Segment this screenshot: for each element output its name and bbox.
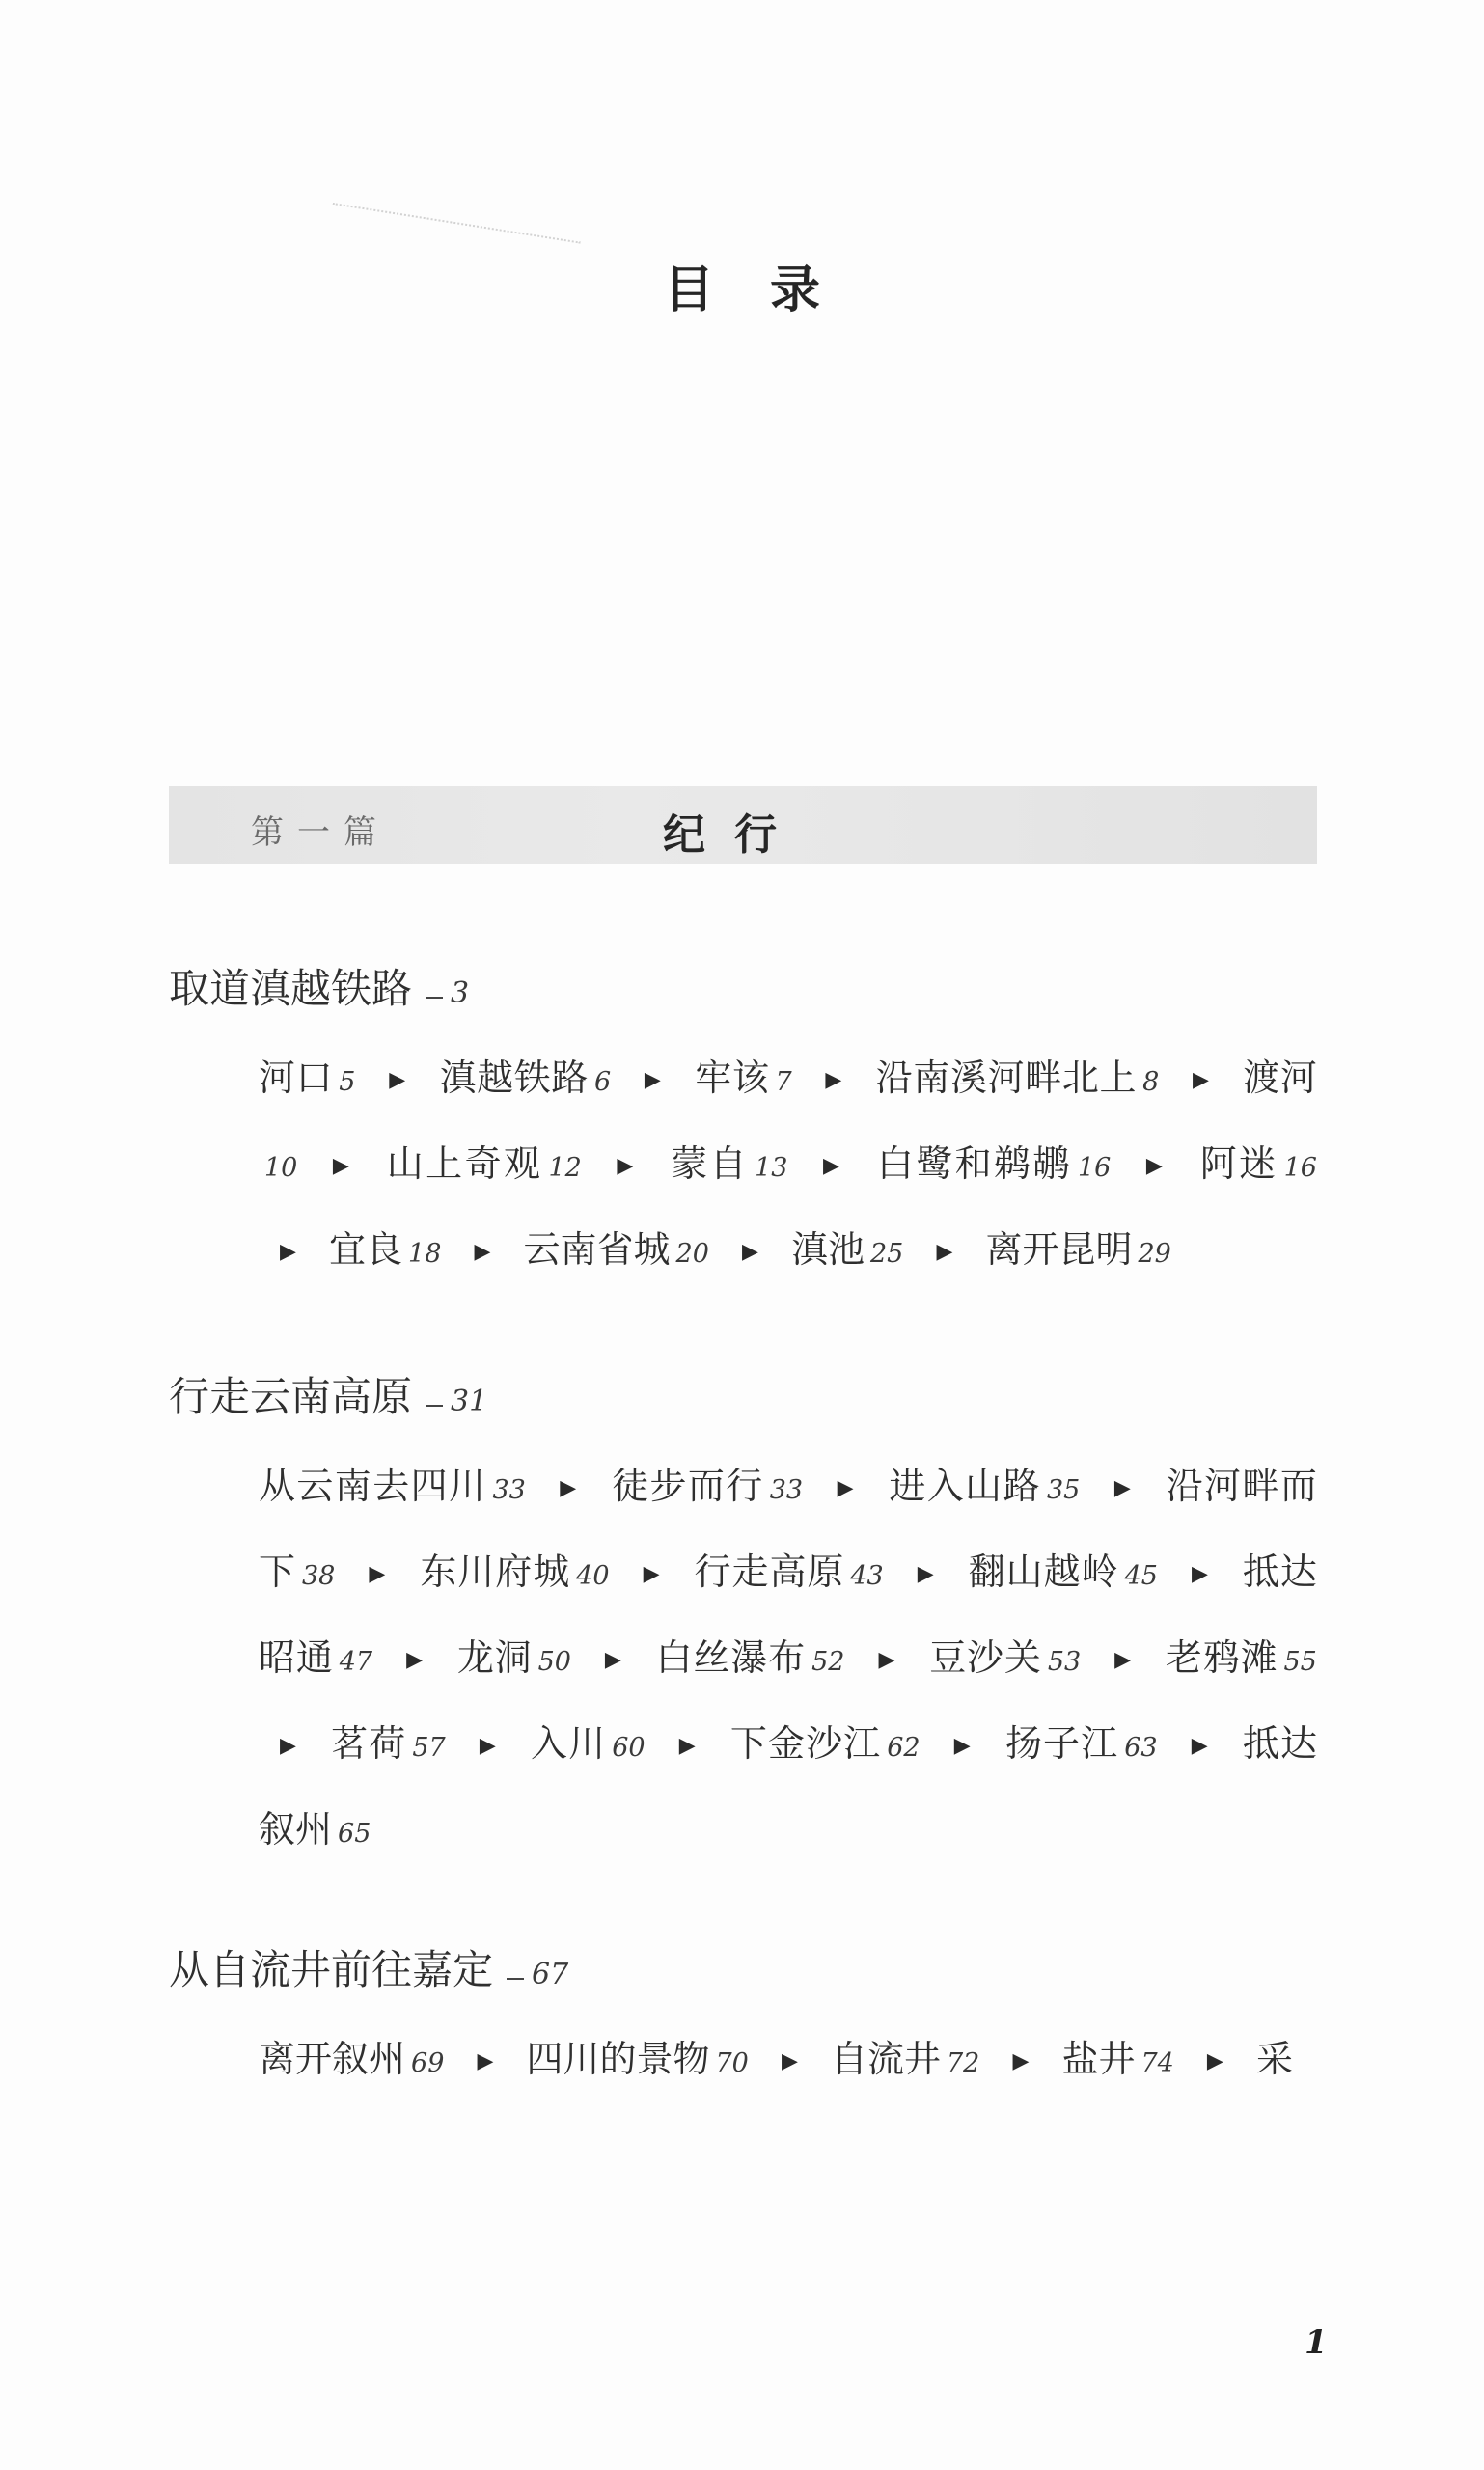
- chapter-title-row: 行走云南高原31: [169, 1368, 1317, 1426]
- entry-title: 采: [1256, 2038, 1293, 2080]
- toc-entry[interactable]: 白鹭和鹈鹕16: [877, 1142, 1112, 1185]
- toc-entry[interactable]: 河口5: [259, 1057, 355, 1099]
- entry-page-number: 33: [770, 1475, 803, 1505]
- entry-title: 蒙自: [671, 1142, 749, 1185]
- entry-title: 自流井: [831, 2038, 941, 2080]
- toc-entry[interactable]: 滇池25: [791, 1228, 903, 1271]
- triangle-right-icon: ▶: [1114, 1648, 1132, 1672]
- triangle-right-icon: ▶: [1012, 2049, 1029, 2073]
- triangle-right-icon: ▶: [645, 1068, 662, 1092]
- entry-title: 豆沙关: [929, 1636, 1042, 1679]
- triangle-right-icon: ▶: [333, 1154, 351, 1178]
- entry-page-number: 53: [1048, 1647, 1081, 1677]
- entry-page-number: 63: [1124, 1733, 1157, 1763]
- entry-title: 行走高原: [695, 1551, 845, 1593]
- entry-title: 山上奇观: [387, 1142, 543, 1185]
- entry-page-number: 45: [1125, 1561, 1158, 1591]
- entry-title: 四川的景物: [526, 2038, 709, 2080]
- entry-page-number: 33: [492, 1475, 525, 1505]
- triangle-right-icon: ▶: [1207, 2049, 1223, 2073]
- entry-title: 龙洞: [457, 1636, 533, 1679]
- toc-entry[interactable]: 豆沙关53: [929, 1636, 1081, 1679]
- chapter: 行走云南高原31从云南去四川33 ▶ 徒步而行33 ▶ 进入山路35 ▶ 沿河畔…: [169, 1368, 1317, 1875]
- entry-page-number: 69: [411, 2048, 444, 2078]
- entry-page-number: 52: [811, 1647, 844, 1677]
- entry-title: 翻山越岭: [969, 1551, 1119, 1593]
- page-title: 目录: [0, 249, 1484, 321]
- page-number: 1: [1305, 2323, 1328, 2362]
- toc-entry[interactable]: 从云南去四川33: [259, 1465, 526, 1507]
- chapter-title[interactable]: 取道滇越铁路: [169, 965, 412, 1012]
- triangle-right-icon: ▶: [617, 1154, 635, 1178]
- entry-page-number: 16: [1078, 1153, 1111, 1183]
- entry-title: 阿迷: [1200, 1142, 1278, 1185]
- toc-entry[interactable]: 进入山路35: [889, 1465, 1080, 1507]
- toc-entry[interactable]: 下金沙江62: [730, 1722, 921, 1765]
- chapter-title-row: 从自流井前往嘉定67: [169, 1941, 1317, 1999]
- entry-title: 云南省城: [524, 1228, 671, 1271]
- entry-title: 入川: [531, 1722, 606, 1765]
- toc-entry[interactable]: 入川60: [531, 1722, 646, 1765]
- triangle-right-icon: ▶: [679, 1734, 697, 1758]
- triangle-right-icon: ▶: [936, 1240, 952, 1264]
- chapter-entries: 离开叙州69 ▶ 四川的景物70 ▶ 自流井72 ▶ 盐井74 ▶ 采: [259, 2018, 1317, 2104]
- entry-page-number: 7: [775, 1067, 791, 1097]
- entry-title: 离开叙州: [259, 2038, 405, 2080]
- entry-title: 宜良: [329, 1228, 402, 1271]
- chapter-title-row: 取道滇越铁路3: [169, 960, 1317, 1018]
- toc-entry[interactable]: 盐井74: [1061, 2038, 1173, 2080]
- entry-title: 离开昆明: [985, 1228, 1132, 1271]
- entry-title: 盐井: [1061, 2038, 1135, 2080]
- entry-page-number: 38: [302, 1561, 335, 1591]
- triangle-right-icon: ▶: [389, 1068, 406, 1092]
- entry-page-number: 29: [1138, 1239, 1170, 1269]
- toc-entry[interactable]: 蒙自13: [671, 1142, 787, 1185]
- toc-entry[interactable]: 东川府城40: [420, 1551, 609, 1593]
- entry-title: 茗荷: [331, 1722, 406, 1765]
- triangle-right-icon: ▶: [1192, 1562, 1209, 1586]
- toc-entry[interactable]: 行走高原43: [695, 1551, 884, 1593]
- part-name: 纪行: [663, 800, 806, 862]
- triangle-right-icon: ▶: [1146, 1154, 1165, 1178]
- entry-page-number: 13: [755, 1153, 787, 1183]
- entry-page-number: 62: [887, 1733, 920, 1763]
- toc-entry[interactable]: 自流井72: [831, 2038, 979, 2080]
- toc-entry[interactable]: 采: [1256, 2038, 1293, 2080]
- triangle-right-icon: ▶: [823, 1154, 841, 1178]
- entry-title: 河口: [259, 1057, 333, 1099]
- toc-entry[interactable]: 扬子江63: [1005, 1722, 1158, 1765]
- entry-page-number: 16: [1284, 1153, 1317, 1183]
- toc-entry[interactable]: 云南省城20: [524, 1228, 709, 1271]
- toc-entry[interactable]: 老鸦滩55: [1166, 1636, 1317, 1679]
- entry-page-number: 20: [676, 1239, 709, 1269]
- triangle-right-icon: ▶: [480, 1734, 497, 1758]
- chapter-page-value: 67: [532, 1958, 568, 1991]
- triangle-right-icon: ▶: [477, 2049, 493, 2073]
- chapter-title[interactable]: 从自流井前往嘉定: [169, 1946, 493, 1993]
- triangle-right-icon: ▶: [742, 1240, 758, 1264]
- toc-entry[interactable]: 宜良18: [329, 1228, 441, 1271]
- entry-page-number: 72: [947, 2048, 979, 2078]
- entry-page-number: 6: [594, 1067, 611, 1097]
- leader-dash: [426, 997, 443, 999]
- entry-title: 进入山路: [889, 1465, 1041, 1507]
- chapter-page-number: 31: [426, 1385, 487, 1418]
- triangle-right-icon: ▶: [560, 1476, 577, 1500]
- triangle-right-icon: ▶: [406, 1648, 424, 1672]
- entry-title: 老鸦滩: [1166, 1636, 1278, 1679]
- scan-artifact: [333, 203, 581, 244]
- entry-title: 牢该: [695, 1057, 769, 1099]
- entry-title: 从云南去四川: [259, 1465, 486, 1507]
- entry-title: 徒步而行: [612, 1465, 764, 1507]
- entry-page-number: 5: [339, 1067, 355, 1097]
- entry-page-number: 65: [338, 1819, 371, 1849]
- triangle-right-icon: ▶: [605, 1648, 622, 1672]
- part-header-band: 第一篇 纪行: [169, 786, 1317, 864]
- entry-page-number: 12: [548, 1153, 581, 1183]
- triangle-right-icon: ▶: [954, 1734, 972, 1758]
- entry-title: 沿南溪河畔北上: [876, 1057, 1137, 1099]
- entry-title: 滇越铁路: [439, 1057, 589, 1099]
- chapter-page-number: 3: [426, 976, 469, 1010]
- triangle-right-icon: ▶: [280, 1240, 296, 1264]
- toc-entry[interactable]: 滇越铁路6: [439, 1057, 611, 1099]
- toc-entry[interactable]: 阿迷16: [1200, 1142, 1317, 1185]
- chapter-entries: 从云南去四川33 ▶ 徒步而行33 ▶ 进入山路35 ▶ 沿河畔而下38 ▶ 东…: [259, 1445, 1317, 1875]
- toc-entry[interactable]: 离开叙州69: [259, 2038, 444, 2080]
- entry-title: 白鹭和鹈鹕: [877, 1142, 1072, 1185]
- entry-page-number: 25: [870, 1239, 903, 1269]
- toc-entry[interactable]: 离开昆明29: [985, 1228, 1170, 1271]
- entry-title: 渡河: [1243, 1057, 1317, 1099]
- triangle-right-icon: ▶: [918, 1562, 935, 1586]
- entry-page-number: 55: [1284, 1647, 1317, 1677]
- entry-page-number: 8: [1142, 1067, 1159, 1097]
- entry-title: 白丝瀑布: [656, 1636, 807, 1679]
- triangle-right-icon: ▶: [825, 1068, 842, 1092]
- chapter-page-value: 31: [451, 1385, 487, 1418]
- toc-entry[interactable]: 牢该7: [695, 1057, 791, 1099]
- triangle-right-icon: ▶: [878, 1648, 895, 1672]
- entry-title: 扬子江: [1005, 1722, 1118, 1765]
- entry-page-number: 50: [538, 1647, 571, 1677]
- entry-page-number: 10: [264, 1153, 297, 1183]
- triangle-right-icon: ▶: [644, 1562, 661, 1586]
- toc-entry[interactable]: 四川的景物70: [526, 2038, 748, 2080]
- triangle-right-icon: ▶: [1192, 1734, 1209, 1758]
- toc-entry[interactable]: 茗荷57: [331, 1722, 446, 1765]
- triangle-right-icon: ▶: [369, 1562, 386, 1586]
- toc-entry[interactable]: 山上奇观12: [387, 1142, 582, 1185]
- entry-page-number: 43: [850, 1561, 883, 1591]
- triangle-right-icon: ▶: [1114, 1476, 1132, 1500]
- chapter-page-value: 3: [451, 976, 469, 1010]
- entry-title: 下金沙江: [730, 1722, 881, 1765]
- entry-page-number: 47: [340, 1647, 372, 1677]
- toc-entry[interactable]: 翻山越岭45: [969, 1551, 1158, 1593]
- entry-page-number: 57: [412, 1733, 445, 1763]
- chapter-entries: 河口5 ▶ 滇越铁路6 ▶ 牢该7 ▶ 沿南溪河畔北上8 ▶ 渡河10 ▶ 山上…: [259, 1037, 1317, 1295]
- entry-page-number: 70: [716, 2048, 749, 2078]
- triangle-right-icon: ▶: [782, 2049, 798, 2073]
- chapter: 从自流井前往嘉定67离开叙州69 ▶ 四川的景物70 ▶ 自流井72 ▶ 盐井7…: [169, 1941, 1317, 2104]
- entry-page-number: 40: [576, 1561, 609, 1591]
- leader-dash: [507, 1978, 524, 1980]
- entry-page-number: 18: [408, 1239, 441, 1269]
- toc-entry[interactable]: 白丝瀑布52: [656, 1636, 845, 1679]
- chapter: 取道滇越铁路3河口5 ▶ 滇越铁路6 ▶ 牢该7 ▶ 沿南溪河畔北上8 ▶ 渡河…: [169, 960, 1317, 1295]
- entry-page-number: 35: [1047, 1475, 1080, 1505]
- entry-page-number: 74: [1140, 2048, 1173, 2078]
- part-number: 第一篇: [251, 806, 390, 853]
- entry-title: 滇池: [791, 1228, 865, 1271]
- toc-entry[interactable]: 龙洞50: [457, 1636, 571, 1679]
- chapter-title[interactable]: 行走云南高原: [169, 1373, 412, 1420]
- triangle-right-icon: ▶: [1193, 1068, 1210, 1092]
- triangle-right-icon: ▶: [838, 1476, 855, 1500]
- entry-page-number: 60: [612, 1733, 645, 1763]
- triangle-right-icon: ▶: [280, 1734, 297, 1758]
- triangle-right-icon: ▶: [474, 1240, 490, 1264]
- entry-title: 东川府城: [420, 1551, 570, 1593]
- chapter-page-number: 67: [507, 1958, 568, 1991]
- toc-entry[interactable]: 徒步而行33: [612, 1465, 803, 1507]
- leader-dash: [426, 1405, 443, 1407]
- toc-entry[interactable]: 沿南溪河畔北上8: [876, 1057, 1160, 1099]
